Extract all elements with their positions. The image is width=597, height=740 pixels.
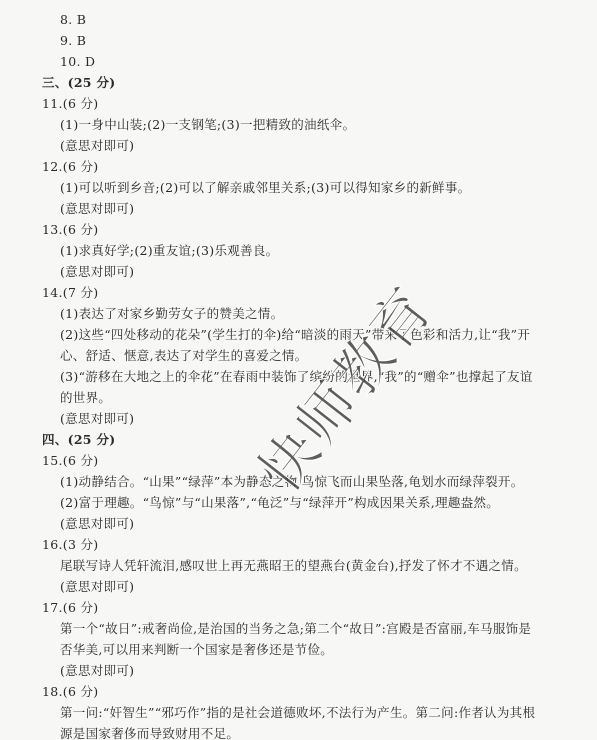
q16-answer: 尾联写诗人凭轩流泪,感叹世上再无燕昭王的望燕台(黄金台),抒发了怀才不遇之情。 [60, 558, 527, 574]
answer-9: 9. B [60, 33, 86, 49]
q14-answer-2: (2)这些“四处移动的花朵”(学生打的伞)给“暗淡的雨天”带来了色彩和活力,让“… [60, 327, 530, 343]
q12-answer: (1)可以听到乡音;(2)可以了解亲戚邻里关系;(3)可以得知家乡的新鲜事。 [60, 180, 470, 196]
q17-answer-2: 否华美,可以用来判断一个国家是奢侈还是节俭。 [60, 642, 333, 658]
q13-answer: (1)求真好学;(2)重友谊;(3)乐观善良。 [60, 243, 278, 259]
q14-answer-1: (1)表达了对家乡勤劳女子的赞美之情。 [60, 306, 283, 322]
q15-label: 15.(6 分) [42, 453, 98, 469]
q11-label: 11.(6 分) [42, 96, 98, 112]
q13-note: (意思对即可) [60, 264, 134, 280]
q13-label: 13.(6 分) [42, 222, 98, 238]
q14-label: 14.(7 分) [42, 285, 98, 301]
watermark: 快师教育 [235, 266, 449, 507]
q14-answer-3: (3)“游移在大地之上的伞花”在春雨中装饰了缤纷的世界,“我”的“赠伞”也撑起了… [60, 369, 533, 385]
q12-label: 12.(6 分) [42, 159, 98, 175]
q14-answer-3b: 的世界。 [60, 390, 111, 406]
answer-10: 10. D [60, 54, 95, 70]
q14-note: (意思对即可) [60, 411, 134, 427]
section-4-heading: 四、(25 分) [42, 432, 115, 448]
answer-8: 8. B [60, 12, 86, 28]
q17-answer-1: 第一个“故日”:戒奢尚俭,是治国的当务之急;第二个“故日”:宫殿是否富丽,车马服… [60, 621, 531, 637]
q18-label: 18.(6 分) [42, 684, 98, 700]
q18-answer-2: 源是国家奢侈而导致财用不足。 [60, 726, 239, 740]
q17-note: (意思对即可) [60, 663, 134, 679]
q14-answer-2b: 心、舒适、惬意,表达了对学生的喜爱之情。 [60, 348, 307, 364]
q15-answer-1: (1)动静结合。“山果”“绿萍”本为静态之物,鸟惊飞而山果坠落,龟划水而绿萍裂开… [60, 474, 524, 490]
q18-answer-1: 第一问:“奸智生”“邪巧作”指的是社会道德败坏,不法行为产生。第二问:作者认为其… [60, 705, 535, 721]
q12-note: (意思对即可) [60, 201, 134, 217]
q15-answer-2: (2)富于理趣。“鸟惊”与“山果落”,“龟泛”与“绿萍开”构成因果关系,理趣盎然… [60, 495, 499, 511]
q16-label: 16.(3 分) [42, 537, 98, 553]
q17-label: 17.(6 分) [42, 600, 98, 616]
q11-note: (意思对即可) [60, 138, 134, 154]
q15-note: (意思对即可) [60, 516, 134, 532]
q16-note: (意思对即可) [60, 579, 134, 595]
q11-answer: (1)一身中山装;(2)一支钢笔;(3)一把精致的油纸伞。 [60, 117, 355, 133]
section-3-heading: 三、(25 分) [42, 75, 115, 91]
